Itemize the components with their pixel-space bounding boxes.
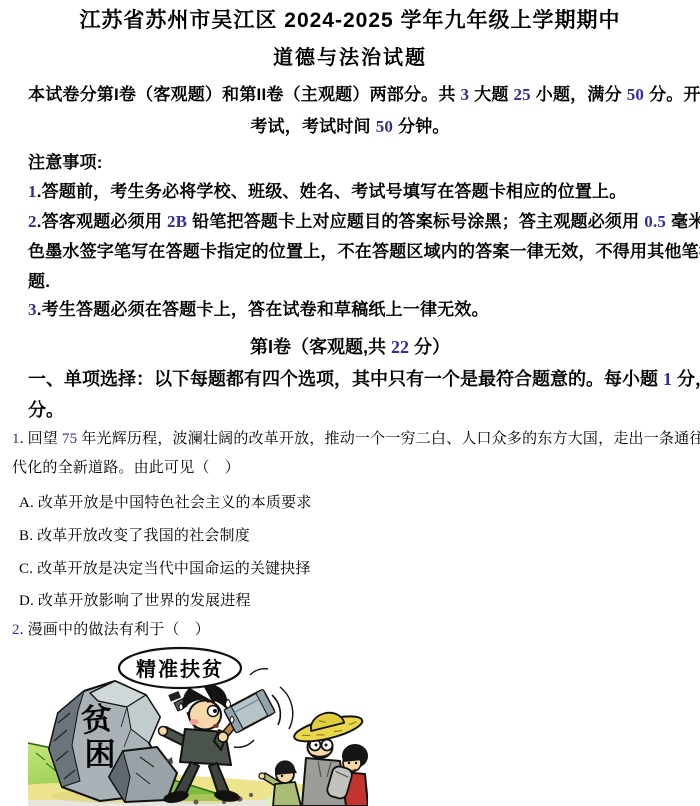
notice-item-2-cont: 色墨水签字笔写在答题卡指定的位置上，不在答题区域内的答案一律无效，不得用其他笔答 bbox=[28, 241, 672, 262]
question-2-line-1: 2. 漫画中的做法有利于（ ） bbox=[12, 621, 672, 640]
notice-item-1: 1.答题前，考生务必将学校、班级、姓名、考试号填写在答题卡相应的位置上。 bbox=[28, 181, 672, 202]
rock-label-char-2: 困 bbox=[85, 737, 116, 772]
speech-bubble-text: 精准扶贫 bbox=[136, 657, 224, 681]
family-group bbox=[259, 705, 368, 806]
notice-item-3: 3.考生答题必须在答题卡上，答在试卷和草稿纸上一律无效。 bbox=[28, 299, 672, 320]
poverty-alleviation-cartoon: 贫 困 bbox=[28, 645, 368, 806]
section-instruction-2: 分。 bbox=[28, 399, 672, 422]
exam-page: { "document": { "title": "江苏省苏州市吴江区 2024… bbox=[0, 0, 700, 806]
question-1-option-a: A. 改革开放是中国特色社会主义的本质要求 bbox=[19, 494, 672, 513]
question-1-line-2: 代化的全新道路。由此可见（ ） bbox=[12, 459, 672, 478]
rock-label-char-1: 贫 bbox=[80, 700, 114, 738]
poverty-rock: 贫 困 bbox=[49, 681, 177, 802]
child-cap bbox=[275, 760, 297, 775]
notice-item-2: 2.答客观题必须用 2B 铅笔把答题卡上对应题目的答案标号涂黑；答主观题必须用 … bbox=[28, 211, 672, 232]
child-clothes bbox=[273, 782, 301, 806]
notice-item-2-end: 题. bbox=[28, 271, 672, 292]
notice-heading: 注意事项: bbox=[28, 152, 672, 173]
question-1-option-b: B. 改革开放改变了我国的社会制度 bbox=[19, 527, 672, 546]
hammer-head bbox=[224, 689, 275, 733]
intro-line-1: 本试卷分第I卷（客观题）和第II卷（主观题）两部分。共 3 大题 25 小题，满… bbox=[28, 84, 672, 105]
section-instruction-1: 一、单项选择：以下每题都有四个选项，其中只有一个是最符合题意的。每小题 1 分，… bbox=[28, 368, 672, 391]
page-subtitle: 道德与法治试题 bbox=[28, 46, 672, 71]
question-1-line-1: 1. 回望 75 年光辉历程，波澜壮阔的改革开放，推动一个一穷二白、人口众多的东… bbox=[12, 430, 692, 449]
section-heading: 第I卷（客观题,共 22 分） bbox=[28, 336, 672, 359]
question-1-option-d: D. 改革开放影响了世界的发展进程 bbox=[19, 592, 672, 611]
page-title: 江苏省苏州市吴江区 2024-2025 学年九年级上学期期中 bbox=[28, 8, 672, 34]
intro-line-2: 考试，考试时间 50 分钟。 bbox=[28, 116, 672, 137]
question-1-option-c: C. 改革开放是决定当代中国命运的关键抉择 bbox=[19, 560, 672, 579]
